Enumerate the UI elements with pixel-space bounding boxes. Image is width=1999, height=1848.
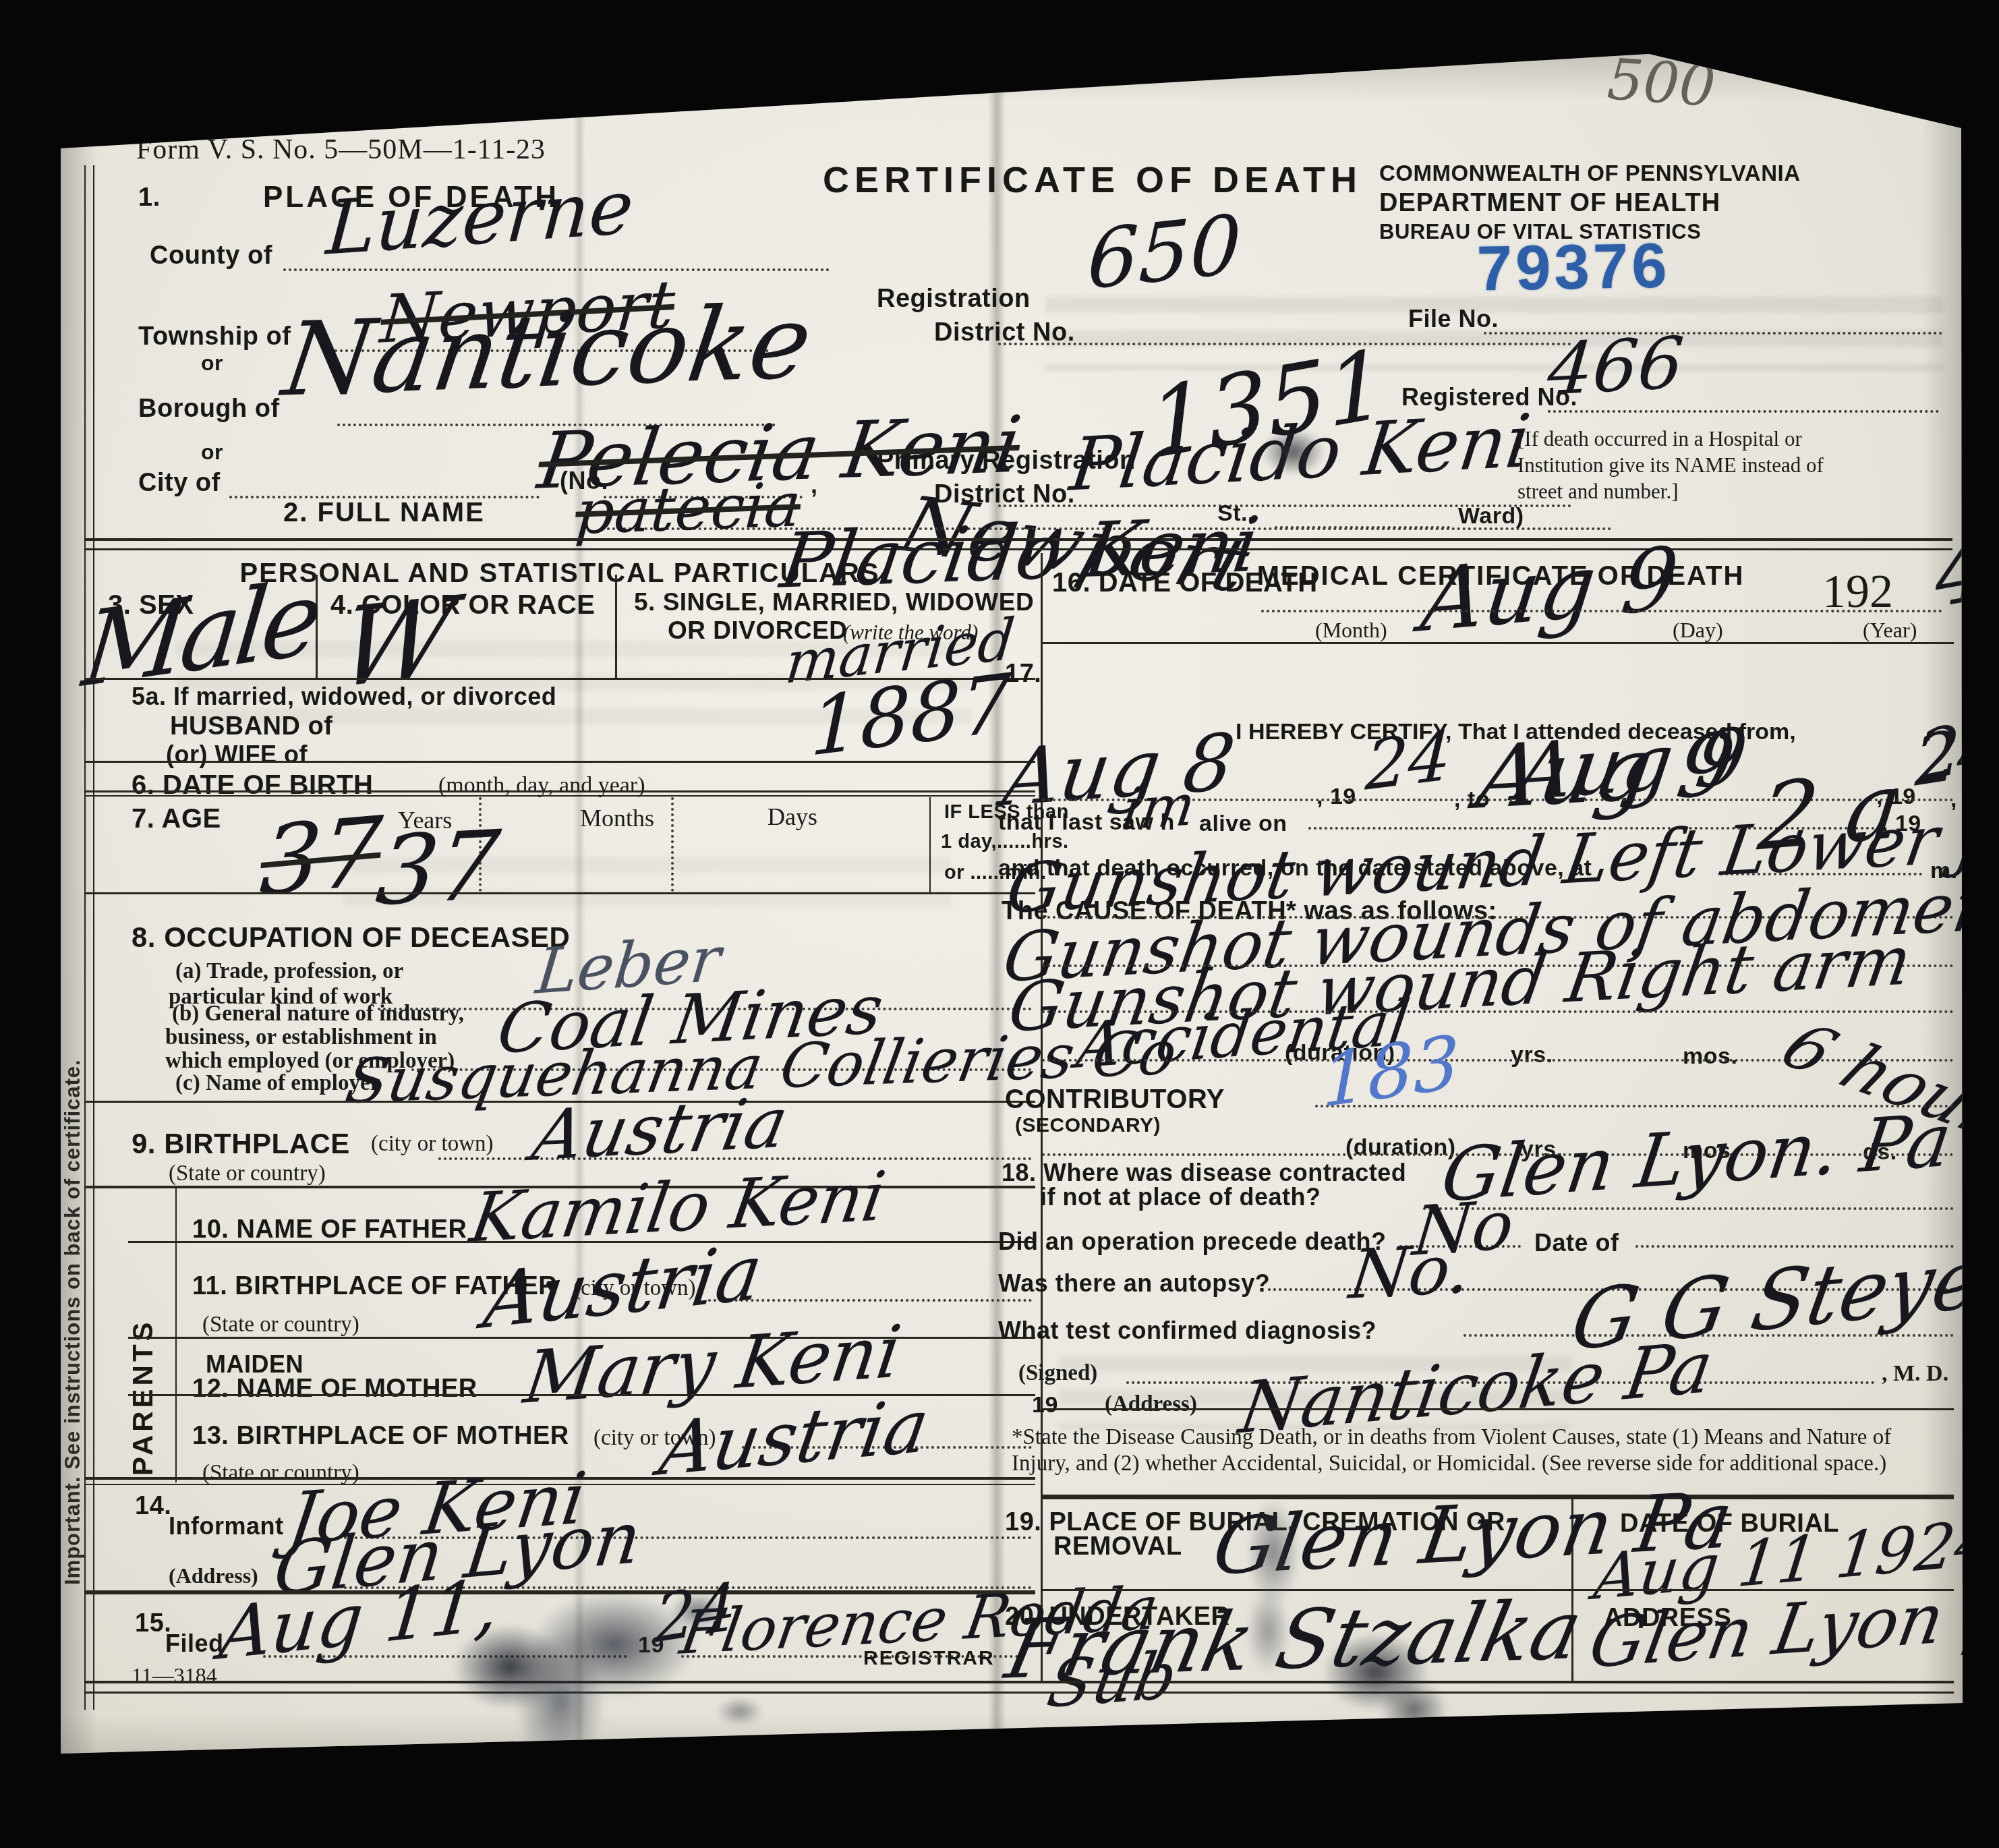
- mos-label: mos.: [1683, 1043, 1737, 1070]
- ward-label: Ward): [1458, 503, 1524, 529]
- parents-side-label: PARENTS: [127, 1319, 159, 1476]
- yrs-label: yrs.: [1511, 1042, 1553, 1068]
- autopsy-label: Was there an autopsy?: [998, 1269, 1270, 1298]
- informant-label: Informant: [169, 1512, 284, 1540]
- test-label: What test confirmed diagnosis?: [998, 1317, 1377, 1345]
- mother-birthplace-label: 13. BIRTHPLACE OF MOTHER: [192, 1422, 569, 1451]
- ink-blot: [384, 1544, 803, 1767]
- address19-number: 19: [1032, 1392, 1058, 1418]
- file-number-stamp: 79376: [1476, 229, 1671, 306]
- parents-divider: [175, 1187, 177, 1482]
- signed-label: (Signed): [1018, 1361, 1097, 1386]
- burial-place-label2: REMOVAL: [1053, 1532, 1182, 1561]
- operation-label: Did an operation precede death?: [998, 1228, 1387, 1256]
- occupation-label: 8. OCCUPATION OF DECEASED: [132, 921, 570, 954]
- age-cell-divider: [671, 797, 674, 892]
- birthplace-sublabel: (city or town): [371, 1132, 493, 1157]
- informant-number: 14.: [135, 1492, 171, 1521]
- plate-code: 11—3184: [132, 1663, 217, 1688]
- edge-vertical-note: Important. See instructions on back of c…: [61, 1059, 85, 1585]
- last-saw-date: Aug 9: [1470, 714, 1741, 829]
- registration-district-value: 650: [1086, 198, 1243, 308]
- spouse-label3: (or) WIFE of: [166, 741, 308, 769]
- county-value: Luzerne: [324, 163, 636, 272]
- md-label: , M. D.: [1882, 1361, 1948, 1387]
- day-label: (Day): [1673, 618, 1723, 643]
- operation-date-label: Date of: [1534, 1229, 1619, 1257]
- row-rule: [84, 790, 1035, 792]
- informant-address-label: (Address): [169, 1563, 258, 1588]
- spouse-label: 5a. If married, widowed, or divorced: [132, 683, 556, 711]
- age-days-label: Days: [767, 803, 817, 831]
- occupation-a-label: (a) Trade, profession, or: [175, 959, 403, 984]
- row-rule: [84, 761, 1035, 763]
- birthplace-value: Austria: [526, 1082, 794, 1177]
- borough-label: Borough of: [138, 395, 280, 424]
- or-label: or: [201, 351, 223, 376]
- age-value: 37: [371, 810, 504, 927]
- or-label: or: [201, 440, 223, 465]
- last-saw-year: 24: [1918, 701, 1999, 797]
- occupation-b-label: (b) General nature of industry,: [172, 1002, 464, 1027]
- registered-no-value: 466: [1544, 322, 1687, 411]
- form-number: Form V. S. No. 5—50M—1-11-23: [136, 134, 546, 166]
- attended-from-year: 24: [1364, 716, 1453, 806]
- commonwealth-line: COMMONWEALTH OF PENNSYLVANIA: [1379, 161, 1676, 186]
- address19-label: (Address): [1105, 1392, 1197, 1417]
- father-name-label: 10. NAME OF FATHER: [192, 1215, 467, 1244]
- row-rule: [84, 892, 1035, 894]
- autopsy-value: No.: [1345, 1229, 1475, 1315]
- registration-district-line: [998, 343, 1571, 345]
- township-label: Township of: [138, 322, 291, 351]
- violent-causes-footnote: *State the Disease Causing Death, or in …: [1012, 1424, 1953, 1476]
- duration2-label: (duration): [1345, 1134, 1456, 1161]
- registrar-label: REGISTRAR: [863, 1647, 995, 1670]
- contributory-label: CONTRIBUTORY: [1005, 1085, 1225, 1115]
- date-of-death-label: 16. DATE OF DEATH: [1052, 568, 1318, 598]
- department-line: DEPARTMENT OF HEALTH: [1379, 189, 1676, 218]
- borough-value: Nanticoke: [277, 283, 819, 420]
- age-months-label: Months: [580, 804, 654, 832]
- city-label: City of: [138, 469, 221, 498]
- full-name-label: 2. FULL NAME: [283, 498, 485, 528]
- secondary-label: (SECONDARY): [1015, 1114, 1161, 1137]
- month-label: (Month): [1315, 618, 1387, 643]
- registered-no-line: [1548, 410, 1939, 413]
- row-rule: [84, 795, 1035, 797]
- age-value-struck: 37: [256, 797, 386, 918]
- dod-year-printed: 192: [1822, 565, 1893, 619]
- attended-from-value: Aug 8: [998, 717, 1240, 824]
- father-birthplace-sublabel2: (State or country): [202, 1312, 359, 1337]
- row-rule: [1042, 642, 1954, 644]
- age-label: 7. AGE: [132, 804, 221, 834]
- registration-district-label: Registration: [877, 285, 1031, 314]
- pencil-number: 500: [1605, 46, 1718, 119]
- printed-19: , 19: [1316, 784, 1356, 810]
- birthplace-sublabel2: (State or country): [169, 1161, 326, 1186]
- section1-number: 1.: [138, 183, 161, 212]
- cell-divider: [615, 575, 617, 678]
- row-rule: [128, 1241, 1035, 1243]
- age-cell-divider: [929, 797, 931, 892]
- certificate-title: CERTIFICATE OF DEATH: [755, 159, 1430, 201]
- scanned-death-certificate: Important. See instructions on back of c…: [0, 0, 1999, 1848]
- file-no-label: File No.: [1408, 305, 1499, 333]
- certify-number: 17.: [1005, 660, 1041, 689]
- date-of-death-value: Aug 9: [1416, 528, 1683, 652]
- year-label: (Year): [1863, 618, 1917, 643]
- filed-label: Filed: [165, 1629, 224, 1658]
- hospital-note: [If death occurred in a Hospital or Inst…: [1517, 426, 1858, 504]
- ink-blot: [1261, 428, 1325, 475]
- spouse-label2: HUSBAND of: [170, 712, 332, 741]
- row-rule: [1042, 1408, 1954, 1410]
- q18-label2: if not at place of death?: [1040, 1183, 1321, 1211]
- last-saw-him: im: [1118, 771, 1199, 843]
- alive-on-text: alive on: [1199, 811, 1287, 837]
- certificate-paper: Important. See instructions on back of c…: [61, 54, 1963, 1760]
- county-label: County of: [150, 241, 272, 270]
- mother-name-label: 12. NAME OF MOTHER: [192, 1375, 477, 1404]
- ink-blot: [1281, 1605, 1470, 1754]
- birthplace-label: 9. BIRTHPLACE: [132, 1128, 350, 1160]
- full-name-struck2: patecia: [573, 469, 803, 548]
- dod-year-value: 4: [1934, 517, 1991, 628]
